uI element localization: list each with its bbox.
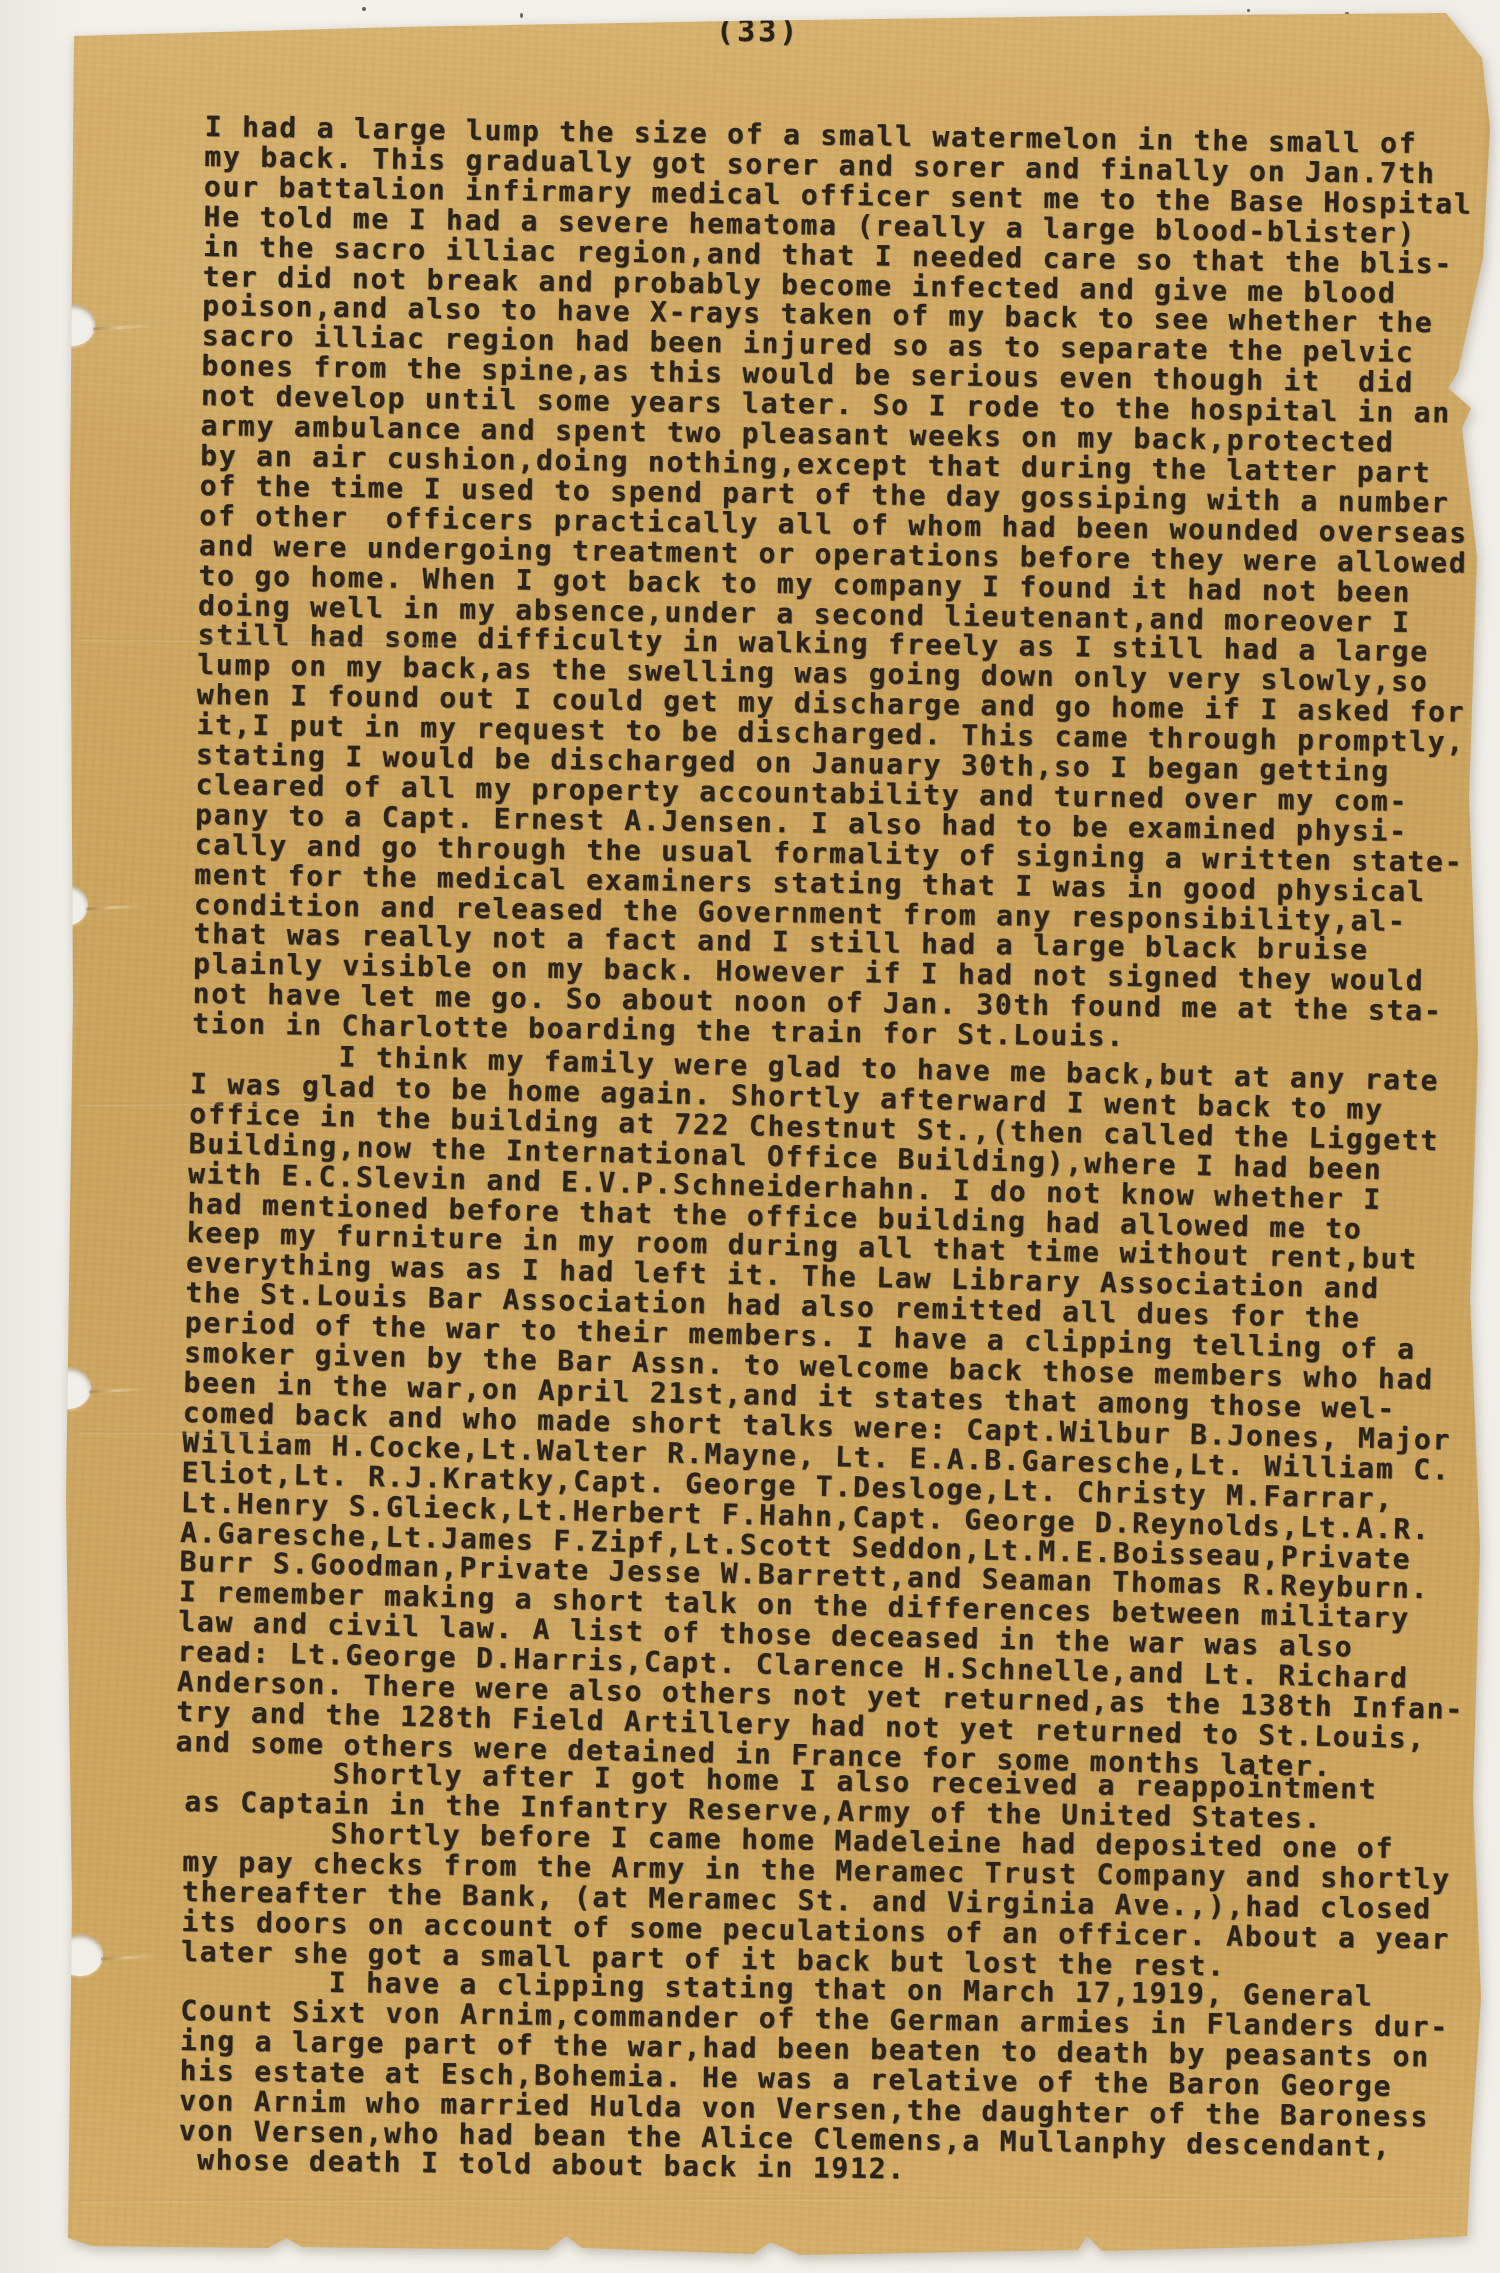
paragraph: Shortly before I came home Madeleine had… xyxy=(181,1817,1490,1985)
punch-hole xyxy=(57,1934,103,1976)
typewritten-text: I had a large lump the size of a small w… xyxy=(205,112,1490,2176)
paper-crease xyxy=(80,2196,1460,2203)
paragraph: I think my family were glad to have me b… xyxy=(175,1039,1489,1785)
punch-hole xyxy=(42,884,88,926)
scan-background: (33) I had a large lump the size of a sm… xyxy=(0,0,1500,2273)
paragraph: I had a large lump the size of a small w… xyxy=(192,112,1490,1057)
paragraph: I have a clipping stating that on March … xyxy=(178,1966,1490,2192)
page-number: (33) xyxy=(716,14,800,50)
punch-hole xyxy=(49,304,95,346)
document-page: (33) I had a large lump the size of a sm… xyxy=(0,0,1500,2273)
punch-hole xyxy=(45,1367,91,1409)
